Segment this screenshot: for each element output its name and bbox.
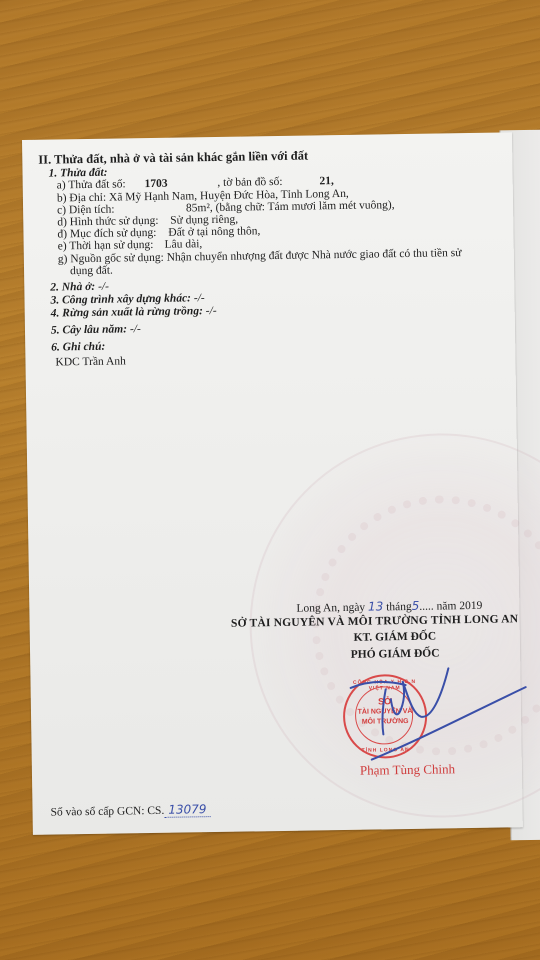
origin-label: g) Nguồn gốc sử dụng: bbox=[58, 251, 164, 265]
date-month-label: tháng bbox=[386, 601, 412, 613]
perennial-row: 5. Cây lâu năm: -/- bbox=[41, 317, 501, 336]
title-kt: KT. GIÁM ĐỐC bbox=[220, 629, 530, 646]
map-sheet-label: , tờ bản đồ số: bbox=[217, 176, 282, 189]
signature-block: Long An, ngày 13 tháng5..... năm 2019 SỞ… bbox=[219, 597, 530, 663]
parcel-label: a) Thửa đất số: bbox=[57, 179, 126, 192]
forest-label: 4. Rừng sản xuất là rừng trồng: bbox=[51, 306, 203, 320]
address-label: b) Địa chỉ: bbox=[57, 191, 106, 204]
house-label: 2. Nhà ở: bbox=[50, 281, 95, 294]
usage-form-value: Sử dụng riêng, bbox=[170, 214, 238, 227]
registry-number: Số vào sổ cấp GCN: CS.13079 bbox=[50, 802, 210, 819]
other-construction-value: -/- bbox=[194, 292, 205, 304]
map-sheet-number: 21, bbox=[285, 176, 334, 189]
perennial-label: 5. Cây lâu năm: bbox=[51, 323, 127, 336]
issuing-organization: SỞ TÀI NGUYÊN VÀ MÔI TRƯỜNG TỈNH LONG AN bbox=[220, 613, 530, 630]
date-place: Long An, ngày bbox=[296, 602, 365, 615]
forest-value: -/- bbox=[206, 305, 217, 317]
registry-value: 13079 bbox=[164, 802, 210, 818]
date-day: 13 bbox=[368, 599, 383, 613]
handwritten-signature bbox=[330, 657, 532, 770]
certificate-page: II. Thửa đất, nhà ở và tài sản khác gắn … bbox=[22, 132, 523, 835]
land-details: II. Thửa đất, nhà ở và tài sản khác gắn … bbox=[38, 147, 501, 369]
purpose-value: Đất ở tại nông thôn, bbox=[168, 225, 260, 238]
registry-label: Số vào sổ cấp GCN: CS. bbox=[50, 805, 164, 819]
date-month: 5 bbox=[412, 599, 420, 613]
other-construction-label: 3. Công trình xây dựng khác: bbox=[50, 293, 191, 307]
perennial-value: -/- bbox=[130, 323, 141, 335]
date-year: năm 2019 bbox=[437, 600, 483, 613]
house-value: -/- bbox=[98, 281, 109, 293]
signer-name: Phạm Tùng Chinh bbox=[360, 761, 455, 778]
term-value: Lâu dài, bbox=[164, 239, 202, 252]
